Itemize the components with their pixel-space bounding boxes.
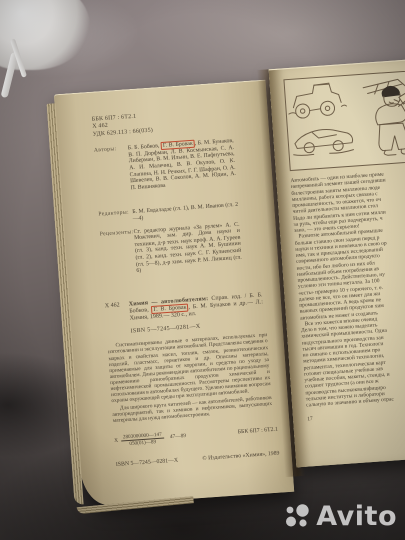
reviewers-block: Рецензенты: Ст. редактор журнала «За рул…	[100, 219, 269, 277]
chapter-text: Автомобиль — один из наиболее применепре…	[290, 168, 405, 409]
formula-fraction: 2803000000—147 050(01)—89	[121, 431, 165, 447]
authors-label: Авторы:	[94, 146, 131, 194]
reviewers-label: Рецензенты:	[100, 229, 137, 277]
copyright-line: © Издательство «Химия», 1989	[202, 450, 282, 462]
bbk-code-bottom: ББК 6П7 : 6Т2.1	[238, 426, 280, 435]
editors-label: Редакторы:	[98, 210, 133, 226]
catalog-entry: Х 462 Химия — автолюбителям: Справ. изд.…	[105, 291, 272, 324]
editors-list: Б. М. Евдаладзе (гл. 1), В. М. Иванов (г…	[132, 200, 265, 222]
catalog-text: Химия — автолюбителям: Справ. изд. / Б. …	[129, 291, 272, 322]
avito-logo-icon	[284, 503, 311, 530]
catalog-codes: ББК 6П7 : 6Т2.1 Х 462 УДК 629.113 : 66(0…	[92, 105, 259, 139]
cartoon-sketch	[284, 71, 405, 168]
formula-suffix: 47—89	[170, 433, 187, 440]
open-book: ББК 6П7 : 6Т2.1 Х 462 УДК 629.113 : 66(0…	[33, 53, 405, 526]
avito-watermark: Avito	[284, 501, 397, 532]
authors-list: Б. Б. Бобков, Г. В. Бровак, Б. М. Бунако…	[128, 136, 263, 191]
imprint-footer: ISBN 5—7245—0281—X © Издательство «Химия…	[116, 450, 282, 468]
book-illustration	[283, 70, 405, 171]
annotation-paragraph: Систематизированы данные о материалах, и…	[107, 332, 277, 404]
isbn-bottom: ISBN 5—7245—0281—X	[116, 457, 179, 467]
catalog-formula: Х 2803000000—147 050(01)—89 47—89 ББК 6П…	[114, 423, 281, 448]
imprint-page: ББК 6П7 : 6Т2.1 Х 462 УДК 629.113 : 66(0…	[54, 80, 294, 507]
formula-index: Х	[114, 438, 118, 444]
reviewers-list: Ст. редактор журнала «За рулем» А. С. Мо…	[133, 219, 268, 274]
catalog-index: Х 462	[105, 301, 130, 324]
photo-of-book: ББК 6П7 : 6Т2.1 Х 462 УДК 629.113 : 66(0…	[0, 0, 405, 540]
avito-wordmark: Avito	[316, 501, 397, 532]
authors-block: Авторы: Б. Б. Бобков, Г. В. Бровак, Б. М…	[94, 136, 263, 194]
page-number: 17	[307, 407, 405, 423]
